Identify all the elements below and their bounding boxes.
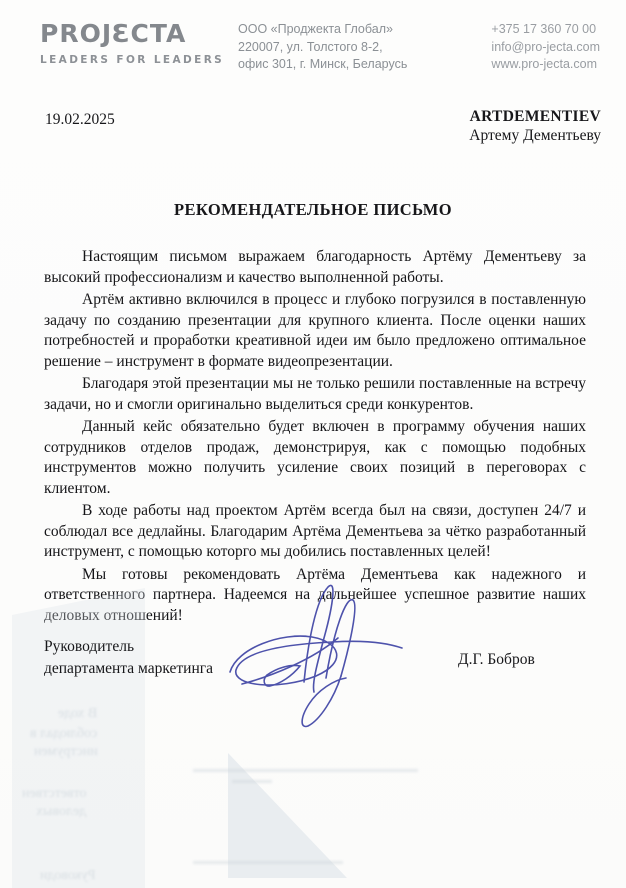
scan-bleed-through-strip xyxy=(12,588,145,888)
logo-wordmark: PROJƐCTA xyxy=(40,21,222,46)
handwritten-signature-icon xyxy=(212,580,407,730)
paragraph: Благодаря этой презентации мы не только … xyxy=(44,374,586,415)
logo-part2: CTA xyxy=(131,19,187,48)
signer-role: Руководитель департамента маркетинга xyxy=(44,636,213,680)
company-address: ООО «Проджекта Глобал» 220007, ул. Толст… xyxy=(238,21,407,74)
address-line: 220007, ул. Толстого 8-2, xyxy=(238,39,407,57)
scanned-letter-page: PROJƐCTA LEADERS FOR LEADERS ООО «Продже… xyxy=(0,0,626,888)
paragraph: Настоящим письмом выражаем благодарность… xyxy=(44,247,586,288)
website-url: www.pro-jecta.com xyxy=(491,56,600,74)
signer-role-line: департамента маркетинга xyxy=(44,658,213,680)
recipient-name-cyrillic: Артему Дементьеву xyxy=(469,127,601,145)
bleed-through-line xyxy=(193,769,418,772)
bleed-through-line xyxy=(232,780,272,783)
paragraph: Артём активно включился в процесс и глуб… xyxy=(44,290,586,372)
phone-number: +375 17 360 70 00 xyxy=(491,21,600,39)
letterhead: PROJƐCTA LEADERS FOR LEADERS ООО «Продже… xyxy=(40,21,600,74)
address-line: ООО «Проджекта Глобал» xyxy=(238,21,407,39)
signer-name: Д.Г. Бобров xyxy=(458,651,535,669)
bleed-through-line xyxy=(193,861,343,864)
paragraph: Данный кейс обязательно будет включен в … xyxy=(44,417,586,499)
signer-role-line: Руководитель xyxy=(44,636,213,658)
letter-body: Настоящим письмом выражаем благодарность… xyxy=(44,247,586,628)
logo-tagline: LEADERS FOR LEADERS xyxy=(40,54,222,66)
recipient-name-latin: ARTDEMENTIEV xyxy=(469,108,601,126)
address-line: офис 301, г. Минск, Беларусь xyxy=(238,56,407,74)
company-contacts: +375 17 360 70 00 info@pro-jecta.com www… xyxy=(491,21,600,74)
recipient-block: ARTDEMENTIEV Артему Дементьеву xyxy=(469,108,601,145)
company-logo: PROJƐCTA LEADERS FOR LEADERS xyxy=(40,21,222,66)
letter-date: 19.02.2025 xyxy=(45,111,115,129)
paragraph: В ходе работы над проектом Артём всегда … xyxy=(44,501,586,563)
logo-stylized-e: Ɛ xyxy=(112,21,131,46)
email-address: info@pro-jecta.com xyxy=(491,39,600,57)
letter-title: РЕКОМЕНДАТЕЛЬНОЕ ПИСЬМО xyxy=(0,200,626,220)
logo-part1: PROJ xyxy=(40,19,112,48)
